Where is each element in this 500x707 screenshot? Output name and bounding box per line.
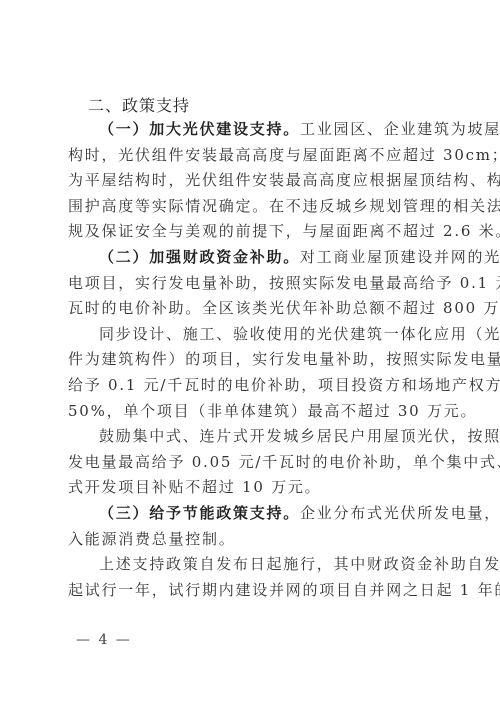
text-line: 构时，光伏组件安装最高高度与屋面距离不应超过 30cm；建筑 — [68, 143, 440, 169]
body-text: （一）加大光伏建设支持。工业园区、企业建筑为坡屋面结 构时，光伏组件安装最高高度… — [68, 117, 440, 603]
text-line: 50%，单个项目（非单体建筑）最高不超过 30 万元。 — [68, 399, 440, 425]
text-span: 企业分布式光伏所发电量，不纳 — [300, 504, 500, 522]
text-line: 电项目，实行发电量补助，按照实际发电量最高给予 0.1 元/千 — [68, 271, 440, 297]
text-line: 同步设计、施工、验收使用的光伏建筑一体化应用（光伏组 — [68, 322, 440, 348]
subsection-title-2: （二）加强财政资金补助。 — [99, 248, 300, 266]
text-line: 为平屋结构时，光伏组件安装最高高度应根据屋顶结构、构架和 — [68, 168, 440, 194]
document-page: 二、政策支持 （一）加大光伏建设支持。工业园区、企业建筑为坡屋面结 构时，光伏组… — [0, 0, 500, 707]
text-line: 入能源消费总量控制。 — [68, 527, 440, 553]
text-line: 规及保证安全与美观的前提下，与屋面距离不超过 2.6 米。 — [68, 219, 440, 245]
text-line: 瓦时的电价补助。全区该类光伏年补助总额不超过 800 万元。 — [68, 296, 440, 322]
text-line: 起试行一年，试行期内建设并网的项目自并网之日起 1 年的发电 — [68, 578, 440, 604]
subsection-title-1: （一）加大光伏建设支持。 — [99, 120, 300, 138]
paragraph-1-line-1: （一）加大光伏建设支持。工业园区、企业建筑为坡屋面结 — [68, 117, 440, 143]
subsection-title-3: （三）给予节能政策支持。 — [99, 504, 300, 522]
text-line: 上述支持政策自发布日起施行，其中财政资金补助自发布日 — [68, 552, 440, 578]
text-span: 工业园区、企业建筑为坡屋面结 — [300, 120, 500, 138]
text-line: 给予 0.1 元/千瓦时的电价补助，项目投资方和场地产权方各 — [68, 373, 440, 399]
text-line: 件为建筑构件）的项目，实行发电量补助，按照实际发电量最高 — [68, 347, 440, 373]
paragraph-2-line-1: （二）加强财政资金补助。对工商业屋顶建设并网的光伏发 — [68, 245, 440, 271]
text-line: 围护高度等实际情况确定。在不违反城乡规划管理的相关法律法 — [68, 194, 440, 220]
section-heading: 二、政策支持 — [88, 93, 190, 116]
text-line: 式开发项目补贴不超过 10 万元。 — [68, 475, 440, 501]
paragraph-5-line-1: （三）给予节能政策支持。企业分布式光伏所发电量，不纳 — [68, 501, 440, 527]
page-number: — 4 — — [76, 632, 132, 648]
text-line: 发电量最高给予 0.05 元/千瓦时的电价补助，单个集中式、连片 — [68, 450, 440, 476]
text-line: 鼓励集中式、连片式开发城乡居民户用屋顶光伏，按照实际 — [68, 424, 440, 450]
text-span: 对工商业屋顶建设并网的光伏发 — [300, 248, 500, 266]
